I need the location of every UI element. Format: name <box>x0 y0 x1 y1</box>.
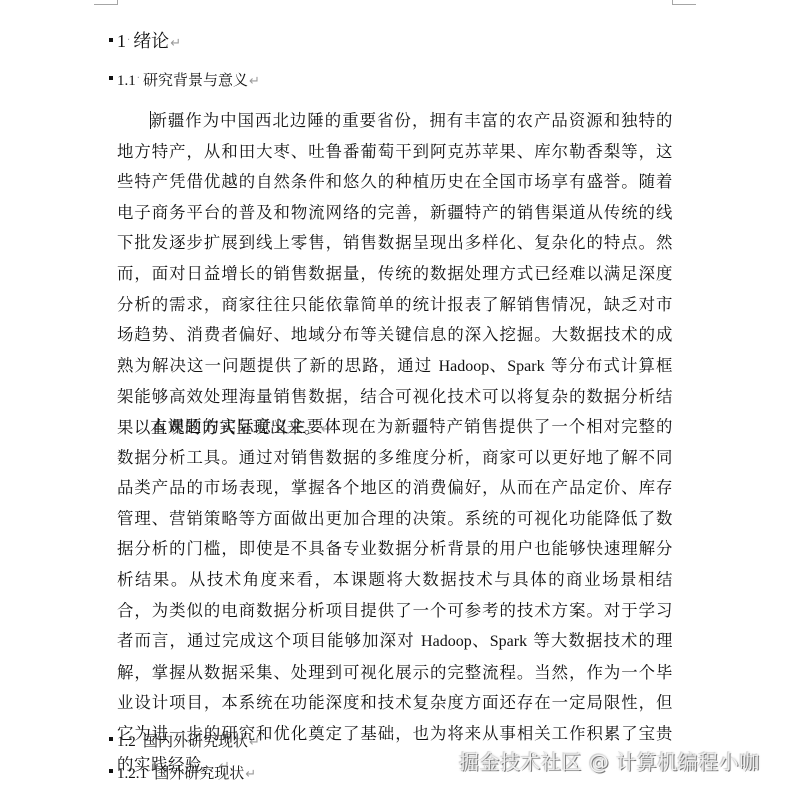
heading-level-1[interactable]: 1 · 绪论 ↵ <box>109 27 181 53</box>
paragraph-mark-icon: ↵ <box>245 767 256 782</box>
paragraph-mark-icon: ↵ <box>170 36 181 51</box>
paragraph-bullet-icon <box>109 769 113 773</box>
body-paragraph-1[interactable]: 新疆作为中国西北边陲的重要省份，拥有丰富的农产品资源和独特的地方特产，从和田大枣… <box>117 106 673 446</box>
separator-dot: · <box>137 734 140 745</box>
heading-number: 1.1 <box>117 73 136 90</box>
paragraph-bullet-icon <box>109 38 113 42</box>
paragraph-mark-icon: ↵ <box>249 735 260 750</box>
separator-dot: · <box>137 73 140 84</box>
heading-level-2-background[interactable]: 1.1 · 研究背景与意义 ↵ <box>109 69 260 90</box>
paragraph-bullet-icon <box>109 76 113 80</box>
separator-dot: · <box>148 766 151 777</box>
heading-title: 国外研究现状 <box>154 762 244 783</box>
paragraph-text: 、 <box>472 631 490 650</box>
term-hadoop: Hadoop <box>439 358 490 375</box>
heading-level-2-research-status[interactable]: 1.2 · 国内外研究现状 ↵ <box>109 730 260 751</box>
term-spark: Spark <box>490 633 527 650</box>
heading-title: 国内外研究现状 <box>143 730 248 751</box>
paragraph-text: 本课题的实际意义主要体现在为新疆特产销售提供了一个相对完整的数据分析工具。通过对… <box>117 417 673 650</box>
paragraph-mark-icon: ↵ <box>249 74 260 89</box>
heading-number: 1.2.1 <box>117 766 147 783</box>
separator-dot: · <box>127 35 130 46</box>
paragraph-text: 新疆作为中国西北边陲的重要省份，拥有丰富的农产品资源和独特的地方特产，从和田大枣… <box>117 111 673 375</box>
term-hadoop: Hadoop <box>421 633 472 650</box>
term-spark: Spark <box>507 358 544 375</box>
heading-number: 1 <box>117 31 126 52</box>
page-corner-mark-top-left <box>94 0 118 5</box>
page-corner-mark-top-right <box>672 0 696 5</box>
heading-number: 1.2 <box>117 734 136 751</box>
watermark: 掘金技术社区 @ 计算机编程小咖 <box>459 746 760 775</box>
heading-level-3-foreign-research[interactable]: 1.2.1 · 国外研究现状 ↵ <box>109 762 256 783</box>
paragraph-text: 、 <box>489 356 507 375</box>
paragraph-bullet-icon <box>109 737 113 741</box>
heading-title: 绪论 <box>133 27 169 53</box>
body-paragraph-2[interactable]: 本课题的实际意义主要体现在为新疆特产销售提供了一个相对完整的数据分析工具。通过对… <box>117 412 673 782</box>
heading-title: 研究背景与意义 <box>143 69 248 90</box>
